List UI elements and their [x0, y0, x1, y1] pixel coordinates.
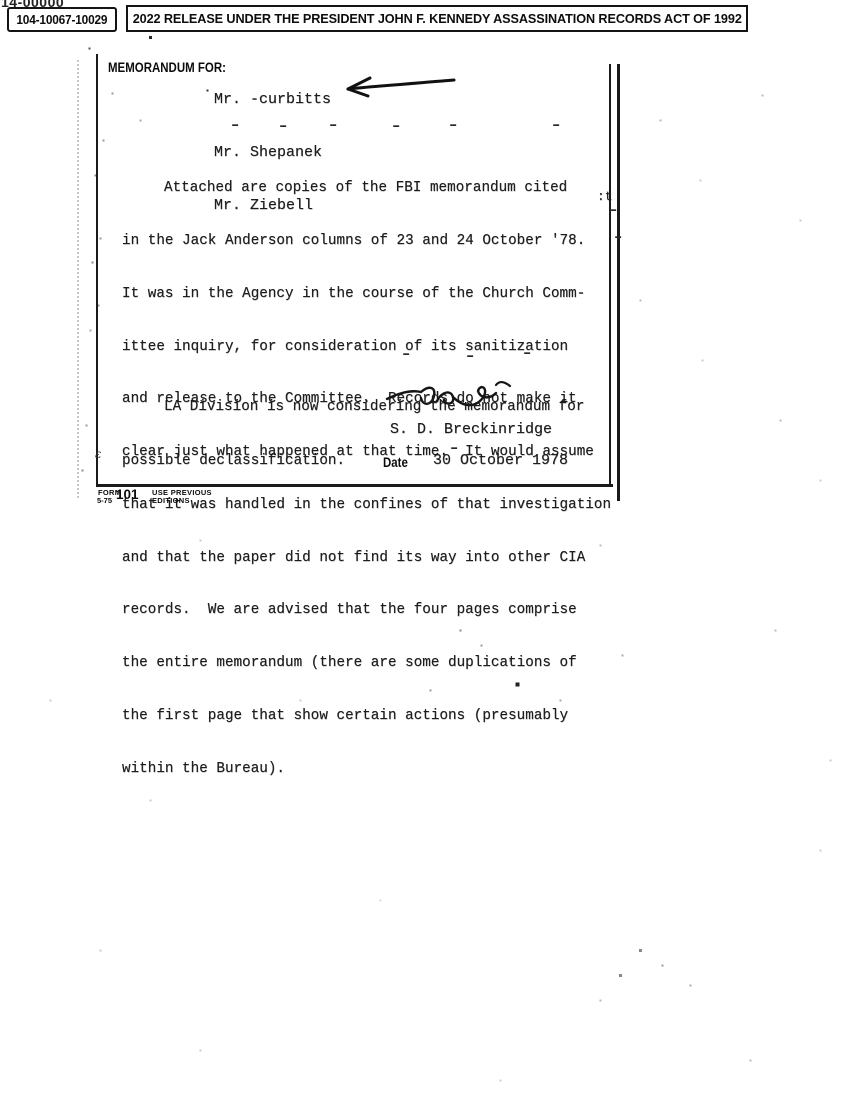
separator-dash: -	[390, 119, 403, 135]
left-arrow-icon	[336, 74, 458, 100]
release-banner-text: 2022 RELEASE UNDER THE PRESIDENT JOHN F.…	[132, 11, 741, 26]
separator-dash: -	[550, 118, 563, 134]
body-line: the first page that show certain actions…	[122, 708, 611, 726]
signature-name: S. D. Breckinridge	[390, 421, 552, 438]
separator-dash: -	[447, 118, 460, 134]
body-line: It was in the Agency in the course of th…	[122, 286, 611, 304]
body-line: within the Bureau).	[122, 761, 611, 779]
form-note-line-2: EDITIONS	[152, 496, 190, 505]
form-number: 101	[116, 487, 139, 502]
doc-id: 104-10067-10029	[17, 13, 108, 27]
recipient-name: Mr. -curbitts	[214, 91, 331, 109]
stray-pencil-mark: ε	[95, 447, 101, 461]
separator-dash: -	[327, 118, 340, 134]
memo-border-right-outer	[617, 64, 620, 501]
body-line: in the Jack Anderson columns of 23 and 2…	[122, 233, 611, 251]
signature-scribble	[383, 377, 515, 419]
stray-dash: -	[612, 230, 625, 246]
body-line: Attached are copies of the FBI memorandu…	[122, 180, 611, 198]
memo-border-left	[96, 54, 98, 485]
body-line: the entire memorandum (there are some du…	[122, 655, 611, 673]
scanned-document-page: 14-00000 104-10067-10029 2022 RELEASE UN…	[0, 0, 853, 1098]
body-line: and that the paper did not find its way …	[122, 550, 611, 568]
separator-dash: -	[229, 118, 242, 134]
release-banner: 2022 RELEASE UNDER THE PRESIDENT JOHN F.…	[126, 5, 748, 32]
body-line: ittee inquiry, for consideration of its …	[122, 339, 611, 357]
doc-id-box: 104-10067-10029	[7, 7, 117, 32]
scan-edge-noise	[77, 60, 79, 498]
body-line: records. We are advised that the four pa…	[122, 602, 611, 620]
date-value: 30 October 1978	[433, 452, 568, 469]
form-code: 5-75	[97, 496, 112, 505]
date-label: Date	[383, 455, 412, 470]
body-line: LA Division is now considering the memor…	[122, 398, 584, 416]
separator-dash: -	[277, 119, 290, 135]
